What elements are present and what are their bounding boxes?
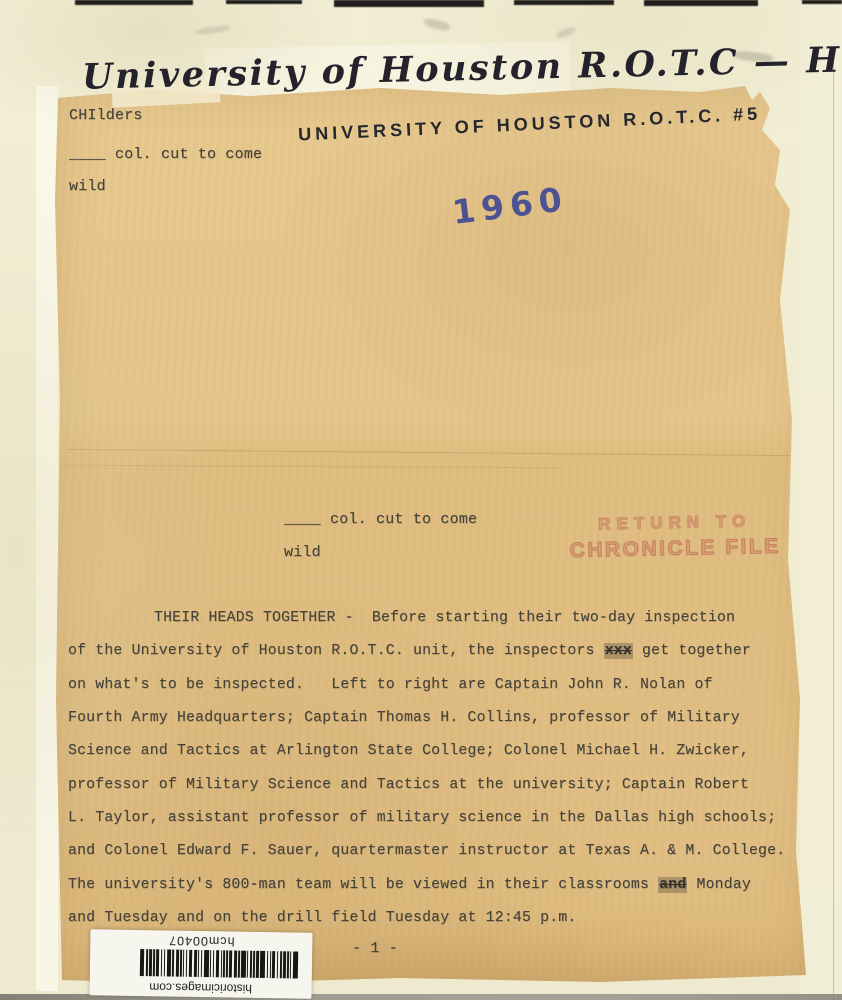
scan-edge-artifact [226, 0, 302, 4]
sticker-site-text: historicimages.com [90, 979, 312, 995]
scan-edge-artifact [514, 0, 614, 5]
slug-mid-line2: wild [284, 544, 321, 561]
backing-paper-margin [800, 0, 842, 1000]
barcode-sticker: historicimages.com hcm00407 [89, 929, 312, 998]
struck-out-word: xxx [604, 643, 633, 659]
return-to-chronicle-file-stamp: RETURN TO CHRONICLE FILE [568, 511, 783, 563]
caption-line: professor of Military Science and Tactic… [68, 777, 788, 810]
caption-line: Science and Tactics at Arlington State C… [68, 743, 788, 776]
caption-line: on what's to be inspected. Left to right… [68, 677, 788, 710]
slug-mid-line1: ____ col. cut to come [284, 511, 477, 528]
caption-line: THEIR HEADS TOGETHER - Before starting t… [68, 610, 788, 643]
struck-out-word: and [658, 877, 687, 893]
scan-edge-artifact [644, 0, 758, 6]
stamp-line2: CHRONICLE FILE [568, 535, 782, 563]
caption-line: and Colonel Edward F. Sauer, quartermast… [68, 843, 788, 876]
stamp-line1: RETURN TO [568, 511, 782, 535]
caption-line: Fourth Army Headquarters; Captain Thomas… [68, 710, 788, 743]
caption-line: L. Taylor, assistant professor of milita… [68, 810, 788, 843]
slug-top-line2: wild [69, 178, 106, 195]
pencil-smudge [423, 17, 450, 32]
barcode [104, 949, 298, 979]
typed-caption-paragraph: THEIR HEADS TOGETHER - Before starting t… [68, 610, 788, 943]
scan-edge-artifact [75, 0, 193, 5]
caption-line: The university's 800-man team will be vi… [68, 877, 788, 910]
sticker-code-text: hcm00407 [90, 932, 312, 948]
byline-childers: CHIlders [69, 107, 143, 124]
scan-edge-artifact [802, 0, 842, 4]
scanned-caption-sheet: University of Houston R.O.T.C — HOUSTON … [0, 0, 842, 1000]
scan-edge-artifact [334, 0, 484, 7]
page-number: - 1 - [352, 940, 398, 957]
slug-top-line1: ____ col. cut to come [69, 146, 262, 163]
pencil-smudge [196, 25, 231, 36]
paper-fold-line [833, 55, 834, 1000]
pencil-smudge [555, 26, 576, 39]
backing-paper-edge [36, 86, 58, 991]
caption-line: of the University of Houston R.O.T.C. un… [68, 643, 788, 676]
